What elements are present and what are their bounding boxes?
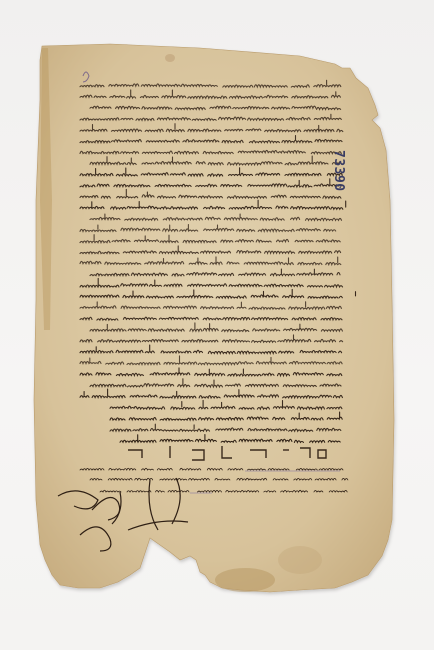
manuscript-leaf: [0, 0, 434, 650]
stain: [278, 546, 322, 574]
photo-backdrop: 73390 Photograph of a damaged handwritte…: [0, 0, 434, 650]
stain: [215, 568, 275, 592]
stain: [165, 54, 175, 62]
catalogue-stamp: 73390: [331, 150, 346, 192]
